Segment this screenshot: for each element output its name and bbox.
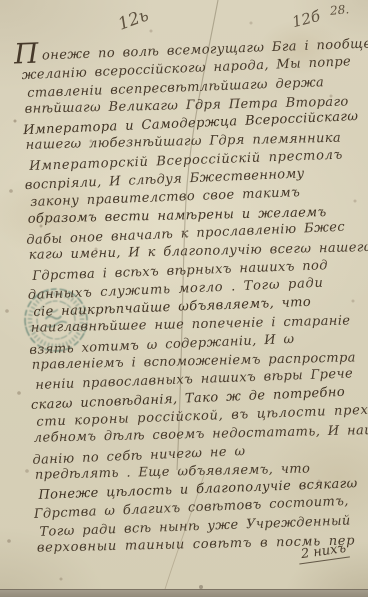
paper-speckles — [0, 0, 2, 2]
folio-number-center: 12ь — [116, 5, 152, 34]
page-number-corner: 28. — [329, 2, 349, 18]
manuscript-text-block: Понеже по волѣ всемогущагω Бга i пообще … — [23, 37, 368, 558]
scan-bottom-edge — [0, 589, 368, 597]
manuscript-page: 12ь 12б 28. Понеже по волѣ всемогущагω Б… — [0, 0, 368, 597]
folio-number-right: 12б — [290, 7, 322, 31]
